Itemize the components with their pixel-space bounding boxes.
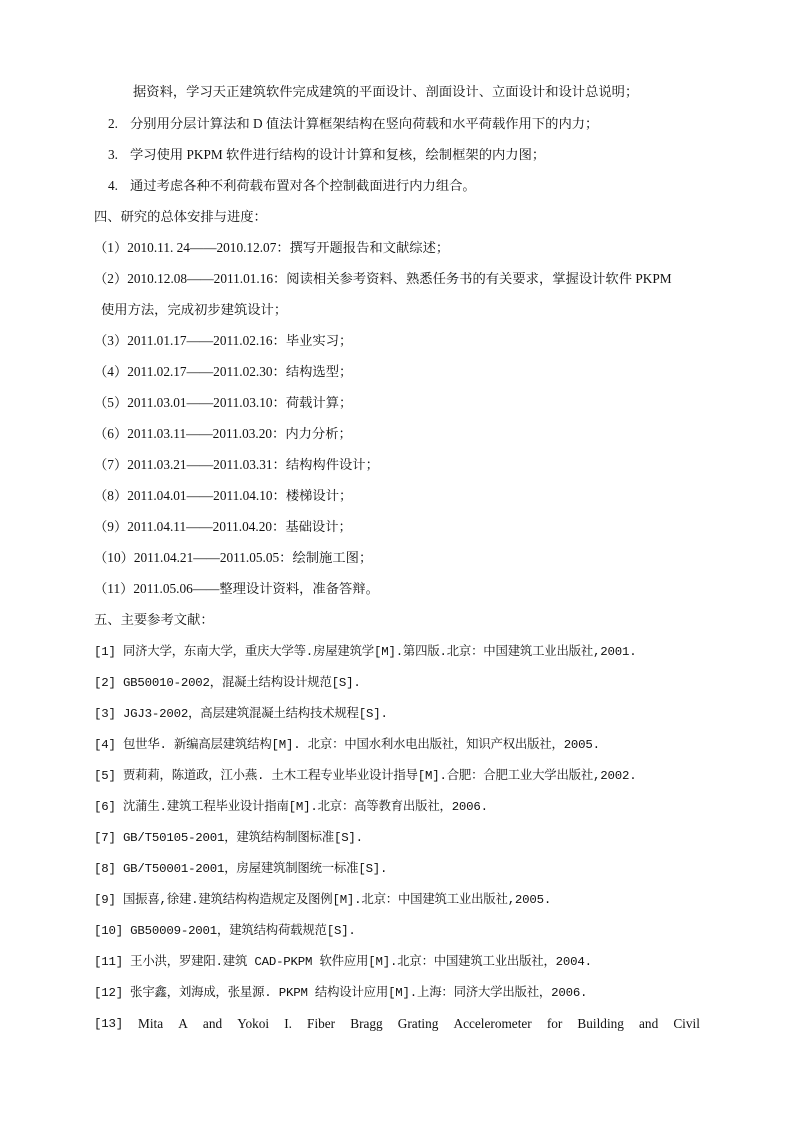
word: Grating (398, 1015, 439, 1033)
schedule-item-3: （3）2011.01.17——2011.02.16：毕业实习； (94, 332, 352, 350)
word: Accelerometer (453, 1015, 531, 1033)
word: and (203, 1015, 222, 1033)
word: and (639, 1015, 658, 1033)
reference-9: [9] 国振喜,徐建.建筑结构构造规定及图例[M].北京：中国建筑工业出版社,2… (94, 891, 551, 909)
reference-1: [1] 同济大学，东南大学，重庆大学等.房屋建筑学[M].第四版.北京：中国建筑… (94, 643, 636, 661)
schedule-item-4: （4）2011.02.17——2011.02.30：结构选型； (94, 363, 352, 381)
schedule-item-9: （9）2011.04.11——2011.04.20：基础设计； (94, 518, 352, 536)
word: I. (284, 1015, 292, 1033)
reference-12: [12] 张宇鑫，刘海成，张星源. PKPM 结构设计应用[M].上海：同济大学… (94, 984, 587, 1002)
schedule-item-2-continuation: 使用方法，完成初步建筑设计； (101, 301, 287, 319)
schedule-item-8: （8）2011.04.01——2011.04.10：楼梯设计； (94, 487, 352, 505)
schedule-item-11: （11）2011.05.06——整理设计资料，准备答辩。 (94, 580, 379, 598)
reference-5: [5] 贾莉莉，陈道政，江小燕. 土木工程专业毕业设计指导[M].合肥：合肥工业… (94, 767, 636, 785)
task-text: 通过考虑各种不利荷载布置对各个控制截面进行内力组合。 (130, 178, 476, 193)
word: Mita (138, 1015, 163, 1033)
word: Fiber (307, 1015, 335, 1033)
schedule-item-6: （6）2011.03.11——2011.03.20：内力分析； (94, 425, 352, 443)
schedule-item-1: （1）2010.11. 24——2010.12.07：撰写开题报告和文献综述； (94, 239, 449, 257)
task-text: 学习使用 PKPM 软件进行结构的设计计算和复核，绘制框架的内力图； (130, 147, 545, 162)
task-item-2: 2.分别用分层计算法和 D 值法计算框架结构在竖向荷载和水平荷载作用下的内力； (108, 115, 598, 133)
section-5-heading: 五、主要参考文献： (94, 611, 214, 629)
task-number: 4. (108, 177, 130, 195)
word: Civil (673, 1015, 700, 1033)
schedule-item-7: （7）2011.03.21——2011.03.31：结构构件设计； (94, 456, 379, 474)
reference-7: [7] GB/T50105-2001，建筑结构制图标准[S]. (94, 829, 363, 847)
task-1-continuation: 据资料，学习天正建筑软件完成建筑的平面设计、剖面设计、立面设计和设计总说明； (133, 83, 638, 101)
reference-4: [4] 包世华. 新编高层建筑结构[M]. 北京：中国水利水电出版社，知识产权出… (94, 736, 600, 754)
word: A (178, 1015, 188, 1033)
reference-6: [6] 沈蒲生.建筑工程毕业设计指南[M].北京：高等教育出版社，2006. (94, 798, 488, 816)
task-text: 分别用分层计算法和 D 值法计算框架结构在竖向荷载和水平荷载作用下的内力； (130, 116, 598, 131)
reference-10: [10] GB50009-2001，建筑结构荷载规范[S]. (94, 922, 356, 940)
task-number: 3. (108, 146, 130, 164)
word: for (547, 1015, 563, 1033)
task-item-4: 4.通过考虑各种不利荷载布置对各个控制截面进行内力组合。 (108, 177, 476, 195)
word: Building (577, 1015, 624, 1033)
word: Yokoi (237, 1015, 269, 1033)
reference-8: [8] GB/T50001-2001，房屋建筑制图统一标准[S]. (94, 860, 387, 878)
reference-3: [3] JGJ3-2002，高层建筑混凝土结构技术规程[S]. (94, 705, 388, 723)
word: Bragg (350, 1015, 383, 1033)
task-number: 2. (108, 115, 130, 133)
reference-13: [13] Mita A and Yokoi I. Fiber Bragg Gra… (94, 1015, 700, 1033)
task-item-3: 3.学习使用 PKPM 软件进行结构的设计计算和复核，绘制框架的内力图； (108, 146, 545, 164)
reference-13-number: [13] (94, 1015, 123, 1033)
schedule-item-10: （10）2011.04.21——2011.05.05：绘制施工图； (94, 549, 372, 567)
section-4-heading: 四、研究的总体安排与进度： (94, 208, 267, 226)
schedule-item-5: （5）2011.03.01——2011.03.10：荷载计算； (94, 394, 352, 412)
reference-11: [11] 王小洪，罗建阳.建筑 CAD-PKPM 软件应用[M].北京：中国建筑… (94, 953, 592, 971)
reference-2: [2] GB50010-2002，混凝土结构设计规范[S]. (94, 674, 361, 692)
schedule-item-2: （2）2010.12.08——2011.01.16：阅读相关参考资料、熟悉任务书… (94, 270, 672, 288)
